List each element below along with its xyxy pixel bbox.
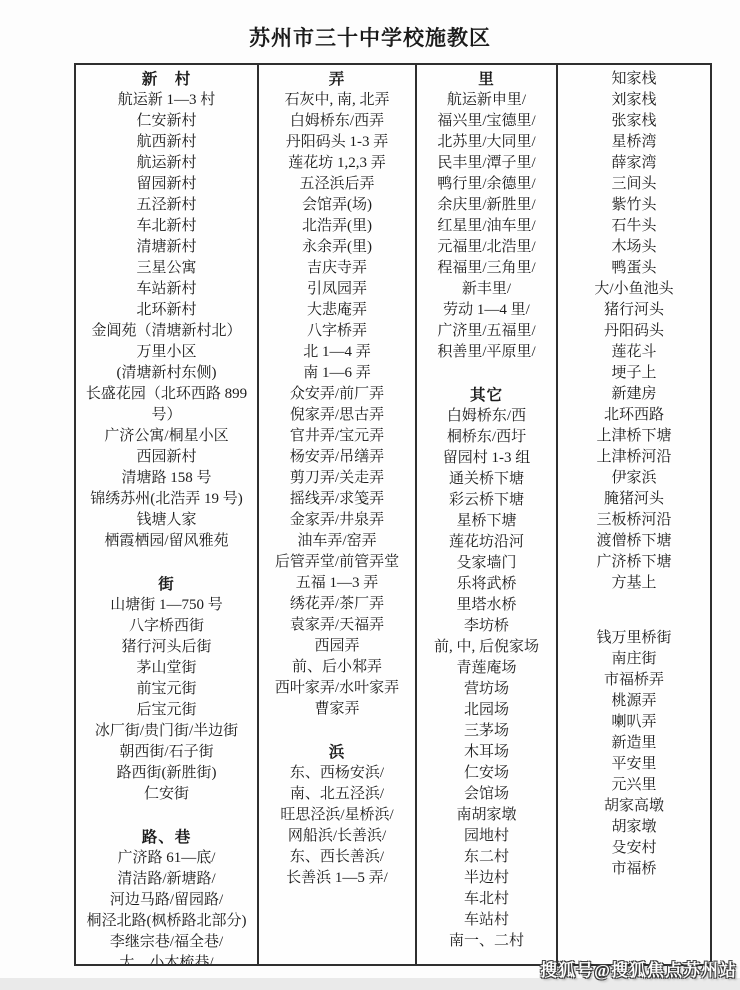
place-item: 埂子上 — [558, 363, 710, 384]
place-item: 元福里/北浩里/ — [417, 237, 556, 258]
place-item: 西叶家弄/水叶家弄 — [259, 678, 415, 699]
place-item: 冰厂街/贵门街/半边街 — [76, 721, 257, 742]
place-item: 河边马路/留园路/ — [76, 890, 257, 911]
place-item: 南庄街 — [558, 649, 710, 670]
place-item: 东、西杨安浜/ — [259, 763, 415, 784]
place-item: 车北新村 — [76, 216, 257, 237]
section-header: 路、巷 — [76, 827, 257, 848]
section-block: 其它白姆桥东/西桐桥东/西圩留园村 1-3 组通关桥下塘彩云桥下塘星桥下塘莲花坊… — [417, 385, 556, 952]
place-item: 金家弄/井泉弄 — [259, 510, 415, 531]
place-item: 园地村 — [417, 826, 556, 847]
place-item: 车北村 — [417, 889, 556, 910]
place-item: 官井弄/宝元弄 — [259, 426, 415, 447]
place-item: 茅山堂街 — [76, 658, 257, 679]
place-item: 大/小鱼池头 — [558, 279, 710, 300]
place-item: 丹阳码头 1-3 弄 — [259, 132, 415, 153]
place-item: 油车弄/窑弄 — [259, 531, 415, 552]
section-block: 街山塘街 1—750 号八字桥西街猪行河头后街茅山堂街前宝元街后宝元街冰厂街/贵… — [76, 574, 257, 805]
place-item: 八字桥弄 — [259, 321, 415, 342]
place-item: 北环新村 — [76, 300, 257, 321]
place-item: 刘家栈 — [558, 90, 710, 111]
place-item: 永余弄(里) — [259, 237, 415, 258]
place-item: 仁安场 — [417, 763, 556, 784]
place-item: 吉庆寺弄 — [259, 258, 415, 279]
place-item: 桐桥东/西圩 — [417, 427, 556, 448]
place-item: 南胡家墩 — [417, 805, 556, 826]
section-block: 新 村航运新 1—3 村仁安新村航西新村航运新村留园新村五泾新村车北新村清塘新村… — [76, 69, 257, 552]
place-item: 北苏里/大同里/ — [417, 132, 556, 153]
section-block: 里航运新申里/福兴里/宝德里/北苏里/大同里/民丰里/潭子里/鸭行里/余德里/余… — [417, 69, 556, 363]
place-item: 大悲庵弄 — [259, 300, 415, 321]
table-column-new-villages-streets-roads: 新 村航运新 1—3 村仁安新村航西新村航运新村留园新村五泾新村车北新村清塘新村… — [76, 65, 257, 964]
section-header: 里 — [417, 69, 556, 90]
place-item: 广济里/五福里/ — [417, 321, 556, 342]
place-item: 八字桥西街 — [76, 616, 257, 637]
place-item: 北环西路 — [558, 405, 710, 426]
place-item: 锦绣苏州(北浩弄 19 号) — [76, 489, 257, 510]
place-item: 薛家湾 — [558, 153, 710, 174]
place-item: 三星公寓 — [76, 258, 257, 279]
place-item: 朝西街/石子街 — [76, 742, 257, 763]
place-item: 北 1—4 弄 — [259, 342, 415, 363]
place-item: 腌猪河头 — [558, 489, 710, 510]
section-block: 弄石灰中, 南, 北弄白姆桥东/西弄丹阳码头 1-3 弄莲花坊 1,2,3 弄五… — [259, 69, 415, 720]
table-column-li-others: 里航运新申里/福兴里/宝德里/北苏里/大同里/民丰里/潭子里/鸭行里/余德里/余… — [415, 65, 556, 964]
place-item: 张家栈 — [558, 111, 710, 132]
place-item: 殳安村 — [558, 838, 710, 859]
place-item: 旺思泾浜/星桥浜/ — [259, 805, 415, 826]
place-item: 木场头 — [558, 237, 710, 258]
page: { "page": { "title": "苏州市三十中学校施教区", "wat… — [0, 0, 740, 990]
place-item: 仁安街 — [76, 784, 257, 805]
place-item: 长善浜 1—5 弄/ — [259, 868, 415, 889]
page-title: 苏州市三十中学校施教区 — [0, 22, 740, 52]
place-item: 绣花弄/茶厂弄 — [259, 594, 415, 615]
place-item: 留园村 1-3 组 — [417, 448, 556, 469]
place-item: 前宝元街 — [76, 679, 257, 700]
place-item: 元兴里 — [558, 775, 710, 796]
section-block: 浜东、西杨安浜/南、北五泾浜/旺思泾浜/星桥浜/网船浜/长善浜/东、西长善浜/长… — [259, 742, 415, 889]
place-item: 桐泾北路(枫桥路北部分) — [76, 911, 257, 932]
place-item: (清塘新村东侧) — [76, 363, 257, 384]
place-item: 航运新村 — [76, 153, 257, 174]
place-item: 西园新村 — [76, 447, 257, 468]
place-item: 山塘街 1—750 号 — [76, 595, 257, 616]
place-item: 会馆场 — [417, 784, 556, 805]
table-column-lanes-creeks: 弄石灰中, 南, 北弄白姆桥东/西弄丹阳码头 1-3 弄莲花坊 1,2,3 弄五… — [257, 65, 415, 964]
place-item: 白姆桥东/西弄 — [259, 111, 415, 132]
place-item: 金阊苑（清塘新村北） — [76, 321, 257, 342]
place-item: 五泾新村 — [76, 195, 257, 216]
place-item: 钱塘人家 — [76, 510, 257, 531]
place-item: 星桥湾 — [558, 132, 710, 153]
place-item: 平安里 — [558, 754, 710, 775]
section-block: 知家栈刘家栈张家栈星桥湾薛家湾三间头紫竹头石牛头木场头鸭蛋头大/小鱼池头猪行河头… — [558, 69, 710, 594]
place-item: 乐将武桥 — [417, 574, 556, 595]
place-item: 三茅场 — [417, 721, 556, 742]
place-item: 市福桥弄 — [558, 670, 710, 691]
district-table: 新 村航运新 1—3 村仁安新村航西新村航运新村留园新村五泾新村车北新村清塘新村… — [74, 63, 712, 966]
place-item: 五福 1—3 弄 — [259, 573, 415, 594]
place-item: 北园场 — [417, 700, 556, 721]
place-item: 南、北五泾浜/ — [259, 784, 415, 805]
place-item: 南 1—6 弄 — [259, 363, 415, 384]
place-item: 鸭行里/余德里/ — [417, 174, 556, 195]
place-item: 殳家墙门 — [417, 553, 556, 574]
place-item: 里塔水桥 — [417, 595, 556, 616]
place-item: 上津桥河沿 — [558, 447, 710, 468]
place-item: 劳动 1—4 里/ — [417, 300, 556, 321]
place-item: 胡家高墩 — [558, 796, 710, 817]
place-item: 半边村 — [417, 868, 556, 889]
place-item: 航运新 1—3 村 — [76, 90, 257, 111]
place-item: 新丰里/ — [417, 279, 556, 300]
place-item: 清洁路/新塘路/ — [76, 869, 257, 890]
place-item: 猪行河头后街 — [76, 637, 257, 658]
place-item: 西园弄 — [259, 636, 415, 657]
place-item: 东、西长善浜/ — [259, 847, 415, 868]
place-item: 北浩弄(里) — [259, 216, 415, 237]
place-item: 众安弄/前厂弄 — [259, 384, 415, 405]
place-item: 车站村 — [417, 910, 556, 931]
place-item: 杨安弄/吊缮弄 — [259, 447, 415, 468]
section-header: 浜 — [259, 742, 415, 763]
place-item: 积善里/平原里/ — [417, 342, 556, 363]
place-item: 袁家弄/天福弄 — [259, 615, 415, 636]
place-item: 新造里 — [558, 733, 710, 754]
place-item: 航运新申里/ — [417, 90, 556, 111]
place-item: 白姆桥东/西 — [417, 406, 556, 427]
place-item: 桃源弄 — [558, 691, 710, 712]
place-item: 清塘路 158 号 — [76, 468, 257, 489]
place-item: 剪刀弄/关走弄 — [259, 468, 415, 489]
place-item: 伊家浜 — [558, 468, 710, 489]
place-item: 广济路 61—底/ — [76, 848, 257, 869]
place-item: 三间头 — [558, 174, 710, 195]
place-item: 东二村 — [417, 847, 556, 868]
place-item: 渡僧桥下塘 — [558, 531, 710, 552]
place-item: 红星里/油车里/ — [417, 216, 556, 237]
place-item: 网船浜/长善浜/ — [259, 826, 415, 847]
section-header: 街 — [76, 574, 257, 595]
place-item: 后管弄堂/前管弄堂 — [259, 552, 415, 573]
place-item: 倪家弄/思古弄 — [259, 405, 415, 426]
place-item: 通关桥下塘 — [417, 469, 556, 490]
place-item: 前、后小邾弄 — [259, 657, 415, 678]
place-item: 石牛头 — [558, 216, 710, 237]
place-item: 留园新村 — [76, 174, 257, 195]
place-item: 栖霞栖园/留风雅苑 — [76, 531, 257, 552]
table-column-misc-places: 知家栈刘家栈张家栈星桥湾薛家湾三间头紫竹头石牛头木场头鸭蛋头大/小鱼池头猪行河头… — [556, 65, 710, 964]
place-item: 营坊场 — [417, 679, 556, 700]
place-item: 仁安新村 — [76, 111, 257, 132]
place-item: 大、小木梳巷/ — [76, 953, 257, 964]
place-item: 长盛花园（北环西路 899 号） — [76, 384, 257, 426]
section-block: 钱万里桥街南庄街市福桥弄桃源弄喇叭弄新造里平安里元兴里胡家高墩胡家墩殳安村市福桥 — [558, 628, 710, 880]
place-item: 新建房 — [558, 384, 710, 405]
place-item: 前, 中, 后倪家场 — [417, 637, 556, 658]
place-item: 莲花坊 1,2,3 弄 — [259, 153, 415, 174]
place-item: 福兴里/宝德里/ — [417, 111, 556, 132]
place-item: 程福里/三角里/ — [417, 258, 556, 279]
place-item: 曹家弄 — [259, 699, 415, 720]
section-header: 新 村 — [76, 69, 257, 90]
place-item: 南一、二村 — [417, 931, 556, 952]
place-item: 后宝元街 — [76, 700, 257, 721]
place-item: 喇叭弄 — [558, 712, 710, 733]
place-item: 民丰里/潭子里/ — [417, 153, 556, 174]
place-item: 会馆弄(场) — [259, 195, 415, 216]
section-block: 路、巷广济路 61—底/清洁路/新塘路/河边马路/留园路/桐泾北路(枫桥路北部分… — [76, 827, 257, 964]
place-item: 万里小区 — [76, 342, 257, 363]
watermark: 搜狐号@搜狐焦点苏州站 — [540, 956, 737, 981]
place-item: 李坊桥 — [417, 616, 556, 637]
place-item: 丹阳码头 — [558, 321, 710, 342]
place-item: 三板桥河沿 — [558, 510, 710, 531]
place-item: 星桥下塘 — [417, 511, 556, 532]
place-item: 方基上 — [558, 573, 710, 594]
place-item: 摇线弄/求笺弄 — [259, 489, 415, 510]
place-item: 市福桥 — [558, 859, 710, 880]
place-item: 猪行河头 — [558, 300, 710, 321]
place-item: 李继宗巷/福全巷/ — [76, 932, 257, 953]
place-item: 木耳场 — [417, 742, 556, 763]
place-item: 广济公寓/桐星小区 — [76, 426, 257, 447]
section-header: 其它 — [417, 385, 556, 406]
place-item: 紫竹头 — [558, 195, 710, 216]
place-item: 胡家墩 — [558, 817, 710, 838]
place-item: 石灰中, 南, 北弄 — [259, 90, 415, 111]
place-item: 广济桥下塘 — [558, 552, 710, 573]
place-item: 知家栈 — [558, 69, 710, 90]
place-item: 清塘新村 — [76, 237, 257, 258]
place-item: 钱万里桥街 — [558, 628, 710, 649]
place-item: 莲花坊沿河 — [417, 532, 556, 553]
place-item: 鸭蛋头 — [558, 258, 710, 279]
place-item: 上津桥下塘 — [558, 426, 710, 447]
place-item: 莲花斗 — [558, 342, 710, 363]
place-item: 五泾浜后弄 — [259, 174, 415, 195]
place-item: 余庆里/新胜里/ — [417, 195, 556, 216]
place-item: 引凤园弄 — [259, 279, 415, 300]
place-item: 青莲庵场 — [417, 658, 556, 679]
place-item: 彩云桥下塘 — [417, 490, 556, 511]
place-item: 路西街(新胜街) — [76, 763, 257, 784]
place-item: 车站新村 — [76, 279, 257, 300]
place-item: 航西新村 — [76, 132, 257, 153]
section-header: 弄 — [259, 69, 415, 90]
